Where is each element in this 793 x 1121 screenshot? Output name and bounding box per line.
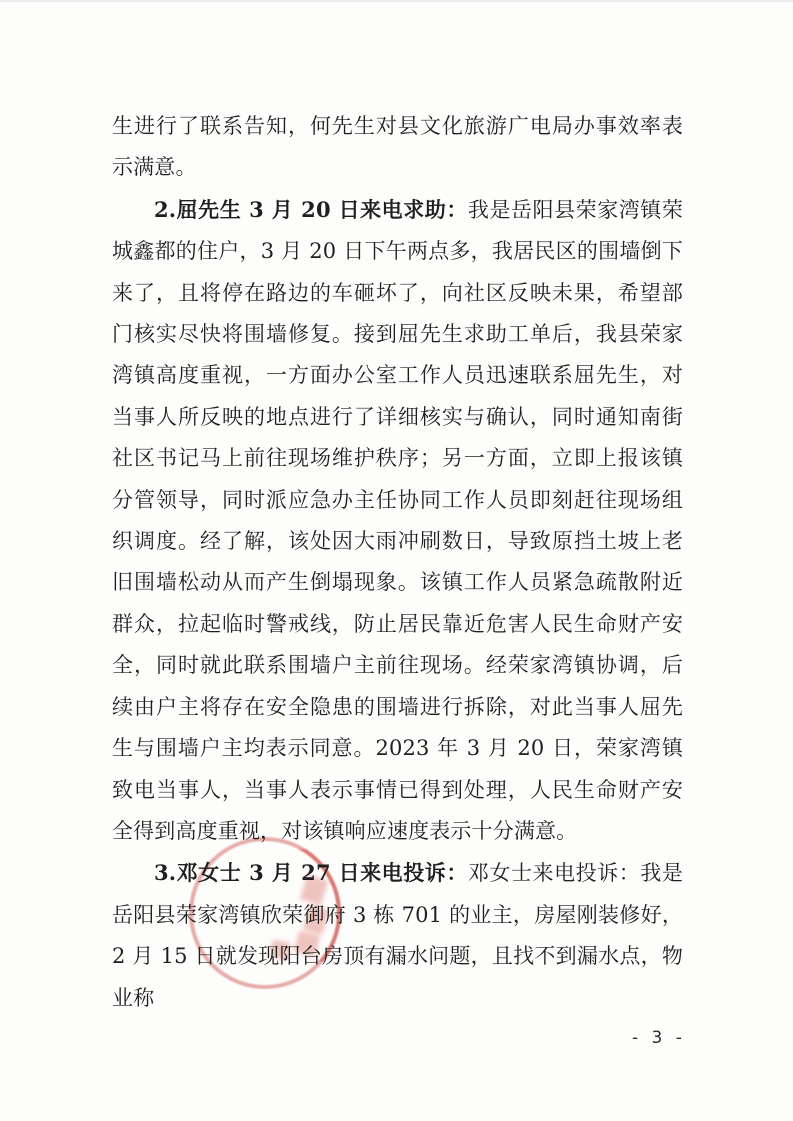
document-body: 生进行了联系告知，何先生对县文化旅游广电局办事效率表示满意。 2.屈先生 3 月… [112, 106, 683, 1019]
paragraph-lead: 3.邓女士 3 月 27 日来电投诉： [154, 860, 468, 885]
scan-edge-artifact [0, 0, 793, 2]
page-number: - 3 - [632, 1028, 686, 1048]
paragraph-case-2: 2.屈先生 3 月 20 日来电求助：我是岳阳县荣家湾镇荣城鑫都的住户，3 月 … [112, 189, 683, 853]
scanned-document-page: 生进行了联系告知，何先生对县文化旅游广电局办事效率表示满意。 2.屈先生 3 月… [0, 0, 793, 1121]
paragraph-text: 我是岳阳县荣家湾镇荣城鑫都的住户，3 月 20 日下午两点多，我居民区的围墙倒下… [112, 198, 683, 843]
paragraph-continuation: 生进行了联系告知，何先生对县文化旅游广电局办事效率表示满意。 [112, 106, 683, 189]
paragraph-text: 生进行了联系告知，何先生对县文化旅游广电局办事效率表示满意。 [112, 114, 683, 179]
paragraph-case-3: 3.邓女士 3 月 27 日来电投诉：邓女士来电投诉：我是岳阳县荣家湾镇欣荣御府… [112, 852, 683, 1019]
paragraph-lead: 2.屈先生 3 月 20 日来电求助： [154, 197, 468, 222]
